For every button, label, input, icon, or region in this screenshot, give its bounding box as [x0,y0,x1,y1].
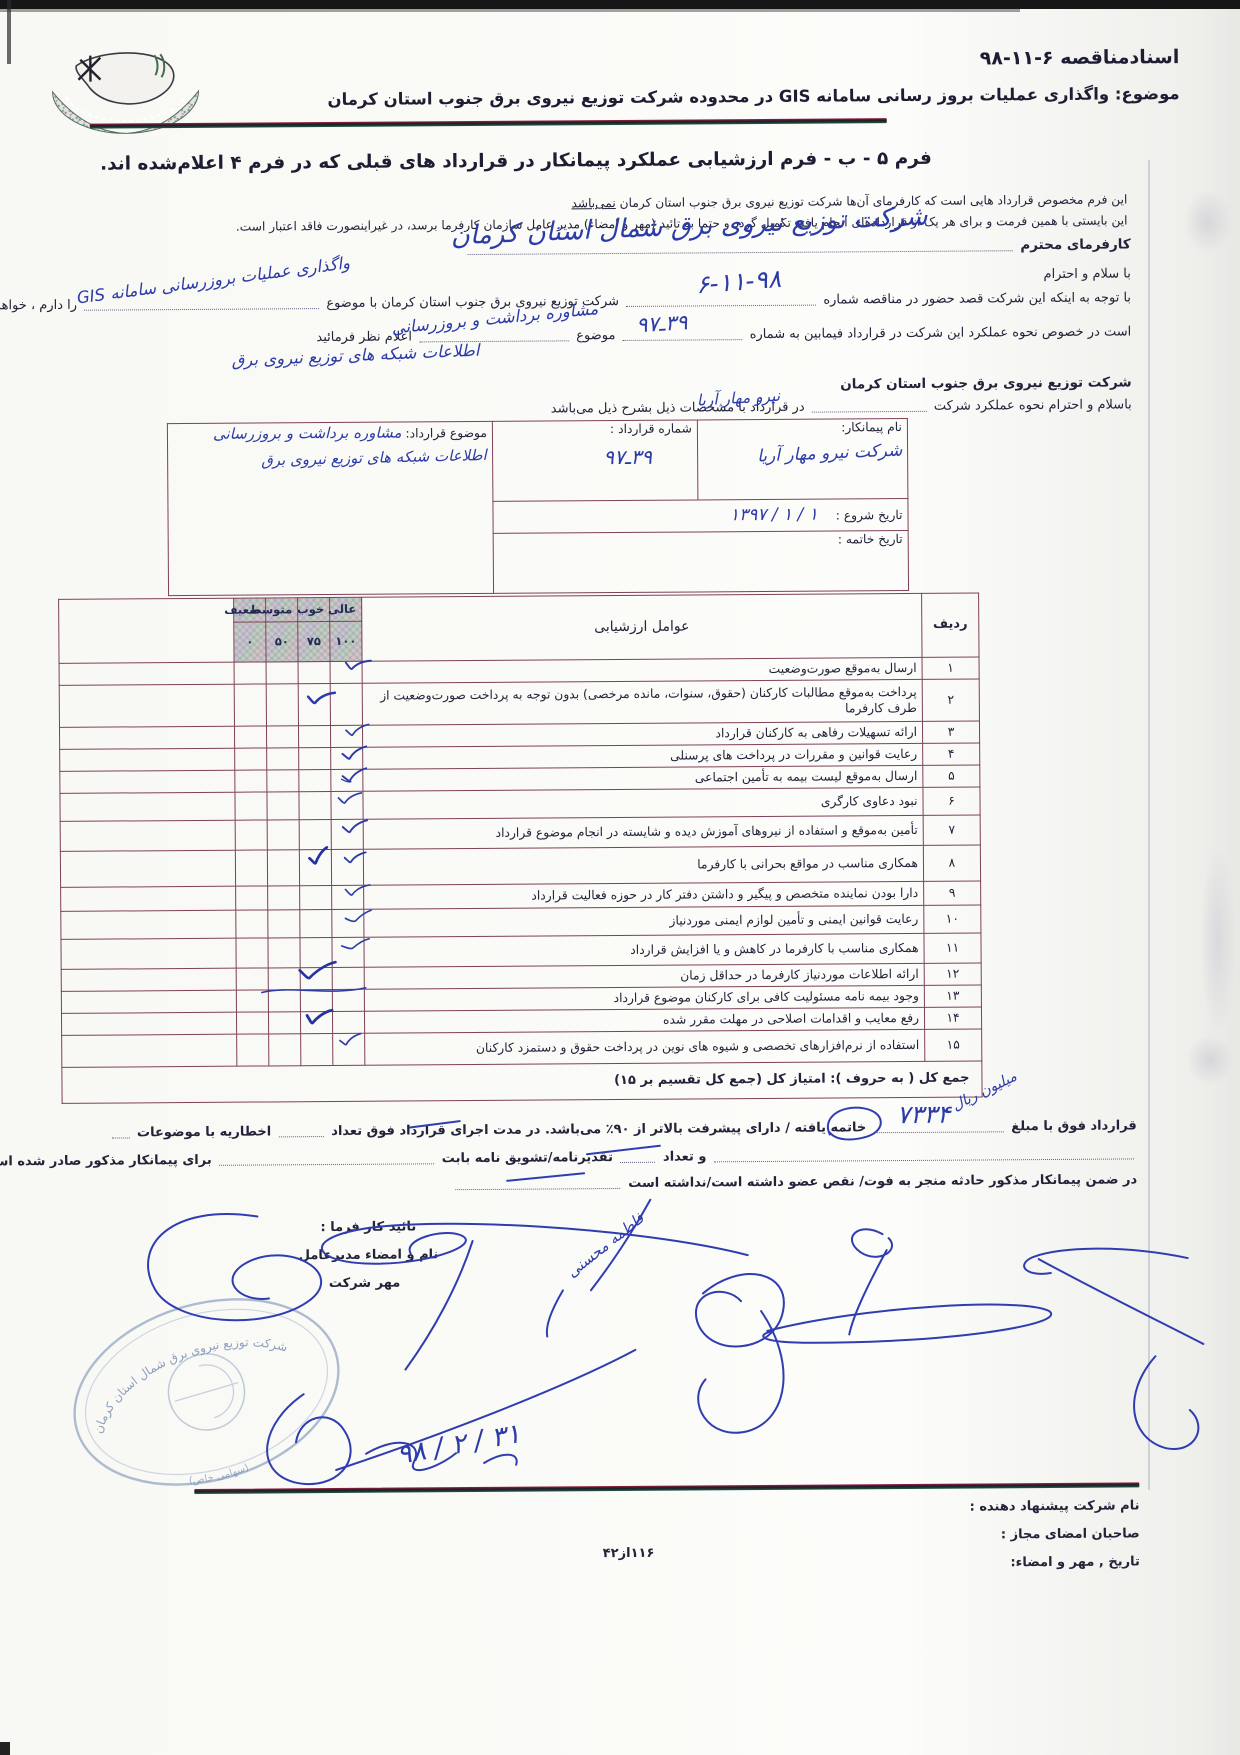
grade-cell-medium [267,792,299,820]
closing-reason-blank [219,1152,434,1166]
signed-name-handwritten: فاطمه محسنی [563,1209,647,1281]
letter-to-label: کارفرمای محترم [1020,236,1130,253]
row-no: ۷ [923,815,980,845]
grade-cell-excellent [330,683,362,725]
approval-date-handwritten: ۳۱ / ۲ / ۹۸ [394,1418,523,1471]
letter-line2-b: موضوع [576,328,615,343]
grade-cell-medium [267,850,299,886]
grade-cell-medium [268,886,300,910]
grade-cell-medium [266,684,298,726]
col-header-radif: ردیف [922,593,979,657]
form-note-1-underlined: نمی‌باشد [571,196,615,210]
grade-cell-medium [268,1012,300,1034]
stamp-subtext: (سهامی خاص) [186,1458,251,1491]
grade-cell-weak [236,968,268,990]
grade-cell-good [301,1034,333,1066]
grade-cell-excellent [332,937,364,967]
contractor-cell: نام پیمانکار: شرکت نیرو مهار آریا [697,418,908,499]
grade-cell-excellent [330,725,362,747]
grade-cell-weak [235,770,267,792]
closing-topics-blank [714,1147,1134,1162]
grade-score-75: ۷۵ [298,622,330,662]
row-no: ۱۵ [925,1029,982,1061]
signature-right-loop [696,1274,784,1347]
stamp-text: شرکت توزیع نیروی برق شمال استان کرمان [75,1317,300,1438]
grade-cell-excellent [332,1011,364,1033]
grade-cell-weak [235,748,267,770]
signature-mid-curl [852,1229,892,1257]
closing-line3-text: در ضمن پیمانکار مذکور حادثه منجر به فوت/… [628,1172,1137,1191]
grade-cell-good [299,792,331,820]
grade-cell-excellent [332,989,364,1011]
grade-cell-medium [269,1034,301,1066]
total-row: جمع کل ( به حروف ): امتیاز کل (جمع کل تق… [62,1061,982,1103]
remark-cell [61,886,236,911]
page-number: ۱۱۶از۴۲ [603,1546,655,1561]
remark-cell [59,684,234,727]
row-no: ۵ [923,765,980,787]
letter-salutation: با سلام و احترام [1043,266,1130,282]
grade-cell-good [300,910,332,938]
contract-info-table: نام پیمانکار: شرکت نیرو مهار آریا شماره … [167,418,909,596]
grade-score-100: ۱۰۰ [330,621,362,661]
row-no: ۱۰ [924,905,981,933]
grade-cell-weak [236,938,268,968]
grade-cell-excellent [330,661,362,683]
row-no: ۴ [923,743,980,765]
grade-cell-medium [267,820,299,850]
grade-cell-weak [235,820,267,850]
grade-cell-excellent [332,909,364,937]
contract-subject-label: موضوع قرارداد: [405,426,487,441]
remark-cell [61,968,236,991]
closing-line2-c: برای پیمانکار مذکور صادر شده است. [0,1153,212,1170]
checkmark [338,1032,362,1049]
row-factor: رعایت قوانین ایمنی و تأمین لوازم ایمنی م… [364,905,924,937]
letter-line3-a: باسلام و احترام نحوه عملکرد شرکت [934,397,1132,413]
closing-line3-blank [456,1177,621,1190]
grade-cell-good [300,1012,332,1034]
row-no: ۱ [922,657,979,679]
grade-cell-medium [266,726,298,748]
letter-line3-blank [812,400,927,413]
grade-cell-excellent [331,747,363,769]
signature-far-right-line [1039,1258,1204,1345]
grade-cell-good [299,850,331,886]
remark-cell [60,850,235,887]
doc-number-line: اسنادمناقصه ۶-۱۱-۹۸ [980,46,1180,69]
letter-line1-c: را دارم ، خواهشمند [0,298,77,314]
contractor-label: نام پیمانکار: [841,420,902,434]
grade-header-excellent: عالی [330,597,362,621]
row-no: ۳ [922,721,979,743]
grade-cell-excellent [333,1033,365,1065]
signature-right-tail [698,1311,784,1433]
signature-far-right-hook [1024,1248,1188,1274]
remark-cell [61,1012,236,1035]
row-no: ۱۳ [924,985,981,1007]
grade-cell-excellent [331,849,363,885]
grade-cell-weak [236,1012,268,1034]
closing-line1-b: خاتمه یافته / دارای پیشرفت بالاتر از ۹۰٪… [331,1120,866,1139]
row-no: ۸ [923,845,980,881]
grade-header-medium: متوسط [266,598,298,622]
grade-cell-weak [235,850,267,886]
remark-cell [62,1034,237,1067]
closing-line-1: قرارداد فوق با مبلغ خاتمه یافته / دارای … [108,1118,1136,1140]
approval-ceo-line: نام و امضاء مدیرعامل [299,1247,439,1263]
scanned-document-page: اسنادمناقصه ۶-۱۱-۹۸ موضوع: واگذاری عملیا… [0,0,1240,1755]
grade-cell-good [299,748,331,770]
page-content: اسنادمناقصه ۶-۱۱-۹۸ موضوع: واگذاری عملیا… [0,0,1240,1755]
header-rule [90,118,887,129]
grade-cell-good [300,886,332,910]
company-logo [46,45,205,146]
letter-company-bold: شرکت توزیع نیروی برق جنوب استان کرمان [840,374,1131,392]
closing-line2-a: و تعداد [663,1149,707,1164]
row-factor: همکاری مناسب با کارفرما در کاهش و یا افز… [364,933,924,967]
closing-line1-a: قرارداد فوق با مبلغ [1011,1118,1137,1134]
signature-mid-stem [849,1250,888,1334]
grade-cell-weak [236,910,268,938]
contract-number-label: شماره قرارداد : [610,421,692,436]
contract-subject-cell: موضوع قرارداد: مشاوره برداشت و بروزرسانی… [167,421,493,595]
row-no: ۱۱ [924,933,981,963]
remark-cell [59,726,234,749]
closing-amount-handwritten: ۷۳۳۴ [897,1100,951,1129]
approval-title: تائید کار فرما : [320,1219,416,1235]
row-factor: تأمین به‌موقع و استفاده از نیروهای آموزش… [363,815,923,849]
grade-cell-weak [237,1034,269,1066]
row-no: ۹ [924,881,981,905]
remark-cell [61,990,236,1013]
grade-cell-excellent [331,819,363,849]
grade-score-50: ۵۰ [266,622,298,662]
grade-cell-excellent [332,885,364,909]
closing-line-2: و تعداد تقدیرنامه/تشویق نامه بابت برای پ… [0,1146,1137,1169]
doc-subject-line: موضوع: واگذاری عملیات بروز رسانی سامانه … [327,84,1179,109]
closing-count2-blank [620,1151,655,1163]
row-factor: پرداخت به‌موقع مطالبات کارکنان (حقوق، سن… [362,679,922,725]
row-factor: همکاری مناسب در مواقع بحرانی با کارفرما [363,845,923,885]
closing-line2-b: تقدیرنامه/تشویق نامه بابت [442,1150,613,1166]
grade-cell-weak [236,886,268,910]
evaluation-table: ردیف عوامل ارزشیابی عالی خوب متوسط ضعیف … [58,592,983,1103]
remark-cell [61,910,236,939]
end-date-cell: تاریخ خاتمه : [493,530,908,593]
row-no: ۱۲ [924,963,981,985]
start-date-cell: تاریخ شروع : ۱ / ۱ / ۱۳۹۷ [493,498,908,533]
letter-contract-number-handwritten: ۳۹ـ۹۷ [636,310,689,337]
footer-date-label: تاریخ , مهر و امضاء: [1010,1554,1139,1570]
row-no: ۲ [922,679,979,721]
grade-cell-excellent [331,791,363,819]
grade-cell-medium [266,662,298,684]
row-factor: نبود دعاوی کارگری [363,787,923,819]
end-date-label: تاریخ خاتمه : [838,532,903,546]
grade-cell-medium [268,910,300,938]
grade-cell-medium [267,748,299,770]
closing-line-3: در ضمن پیمانکار مذکور حادثه منجر به فوت/… [453,1172,1138,1192]
row-no: ۱۴ [924,1007,981,1029]
remark-cell [60,748,235,771]
grade-cell-weak [235,792,267,820]
grade-cell-medium [268,968,300,990]
contract-subject-value-1: مشاوره برداشت و بروزرسانی [213,424,402,443]
grade-score-0: ۰ [234,622,266,662]
col-header-factors: عوامل ارزشیابی [362,593,922,661]
checkmark-bold [306,846,329,869]
checkmark [335,788,363,808]
grade-cell-medium [268,938,300,968]
remark-cell [60,770,235,793]
signature-small-lam [547,1290,564,1336]
footer-company-label: نام شرکت پیشنهاد دهنده : [970,1498,1140,1514]
signature-far-right-loop [1134,1356,1199,1449]
closing-line1-c: اخطاریه با موضوعات [137,1124,271,1140]
approval-stamp-line: مهر شرکت [329,1276,401,1291]
remark-cell [59,662,234,685]
letter-line1-a: با توجه به اینکه این شرکت قصد حضور در من… [823,290,1131,307]
grade-cell-good [300,968,332,990]
grade-cell-weak [234,726,266,748]
remark-cell [61,938,236,969]
footer-rule [194,1482,1139,1494]
row-factor: استفاده از نرم‌افزارهای تخصصی و شیوه های… [365,1029,925,1065]
col-header-blank [59,598,234,663]
contract-subject-value-2: اطلاعات شبکه های توزیع نیروی برق [261,446,487,470]
closing-line1-tail-blank [111,1126,129,1138]
grade-header-good: خوب [298,598,330,622]
grade-cell-good [298,726,330,748]
letter-line2-a: است در خصوص نحوه عملکرد این شرکت در قرار… [750,324,1132,342]
start-date-value-handwritten: ۱ / ۱ / ۱۳۹۷ [730,504,818,525]
letter-line-3: باسلام و احترام نحوه عملکرد شرکت در قرار… [551,397,1132,416]
grade-cell-medium [267,770,299,792]
grade-cell-weak [234,684,266,726]
grade-cell-good [298,662,330,684]
grade-cell-medium [268,990,300,1012]
grade-cell-good [299,770,331,792]
signature-mid-ellipse [763,1304,1051,1343]
grade-cell-good [300,938,332,968]
grade-cell-good [299,820,331,850]
eval-row-2: ۲ پرداخت به‌موقع مطالبات کارکنان (حقوق، … [59,679,979,727]
contractor-value-handwritten: شرکت نیرو مهار آریا [756,441,902,468]
row-no: ۶ [923,787,980,815]
grade-cell-weak [234,662,266,684]
grade-cell-good [300,990,332,1012]
remark-cell [60,792,235,821]
contract-number-cell: شماره قرارداد : ۳۹ـ۹۷ [492,420,698,501]
company-stamp: شرکت توزیع نیروی برق شمال استان کرمان (س… [40,1258,373,1527]
grade-cell-weak [236,990,268,1012]
grade-cell-good [298,684,330,726]
closing-count-blank [279,1125,324,1137]
signature-bottom-tick [484,1455,517,1465]
form-title: فرم ۵ - ب - فرم ارزشیابی عملکرد پیمانکار… [100,144,1048,178]
contract-number-value-handwritten: ۳۹ـ۹۷ [603,445,652,470]
grade-cell-excellent [332,967,364,989]
footer-signers-label: صاحبان امضای مجاز : [1001,1526,1140,1542]
letter-subject2-continuation-handwritten: اطلاعات شبکه های توزیع نیروی برق [231,341,480,370]
start-date-label: تاریخ شروع : [836,508,903,522]
remark-cell [60,820,235,851]
grade-cell-excellent [331,769,363,791]
